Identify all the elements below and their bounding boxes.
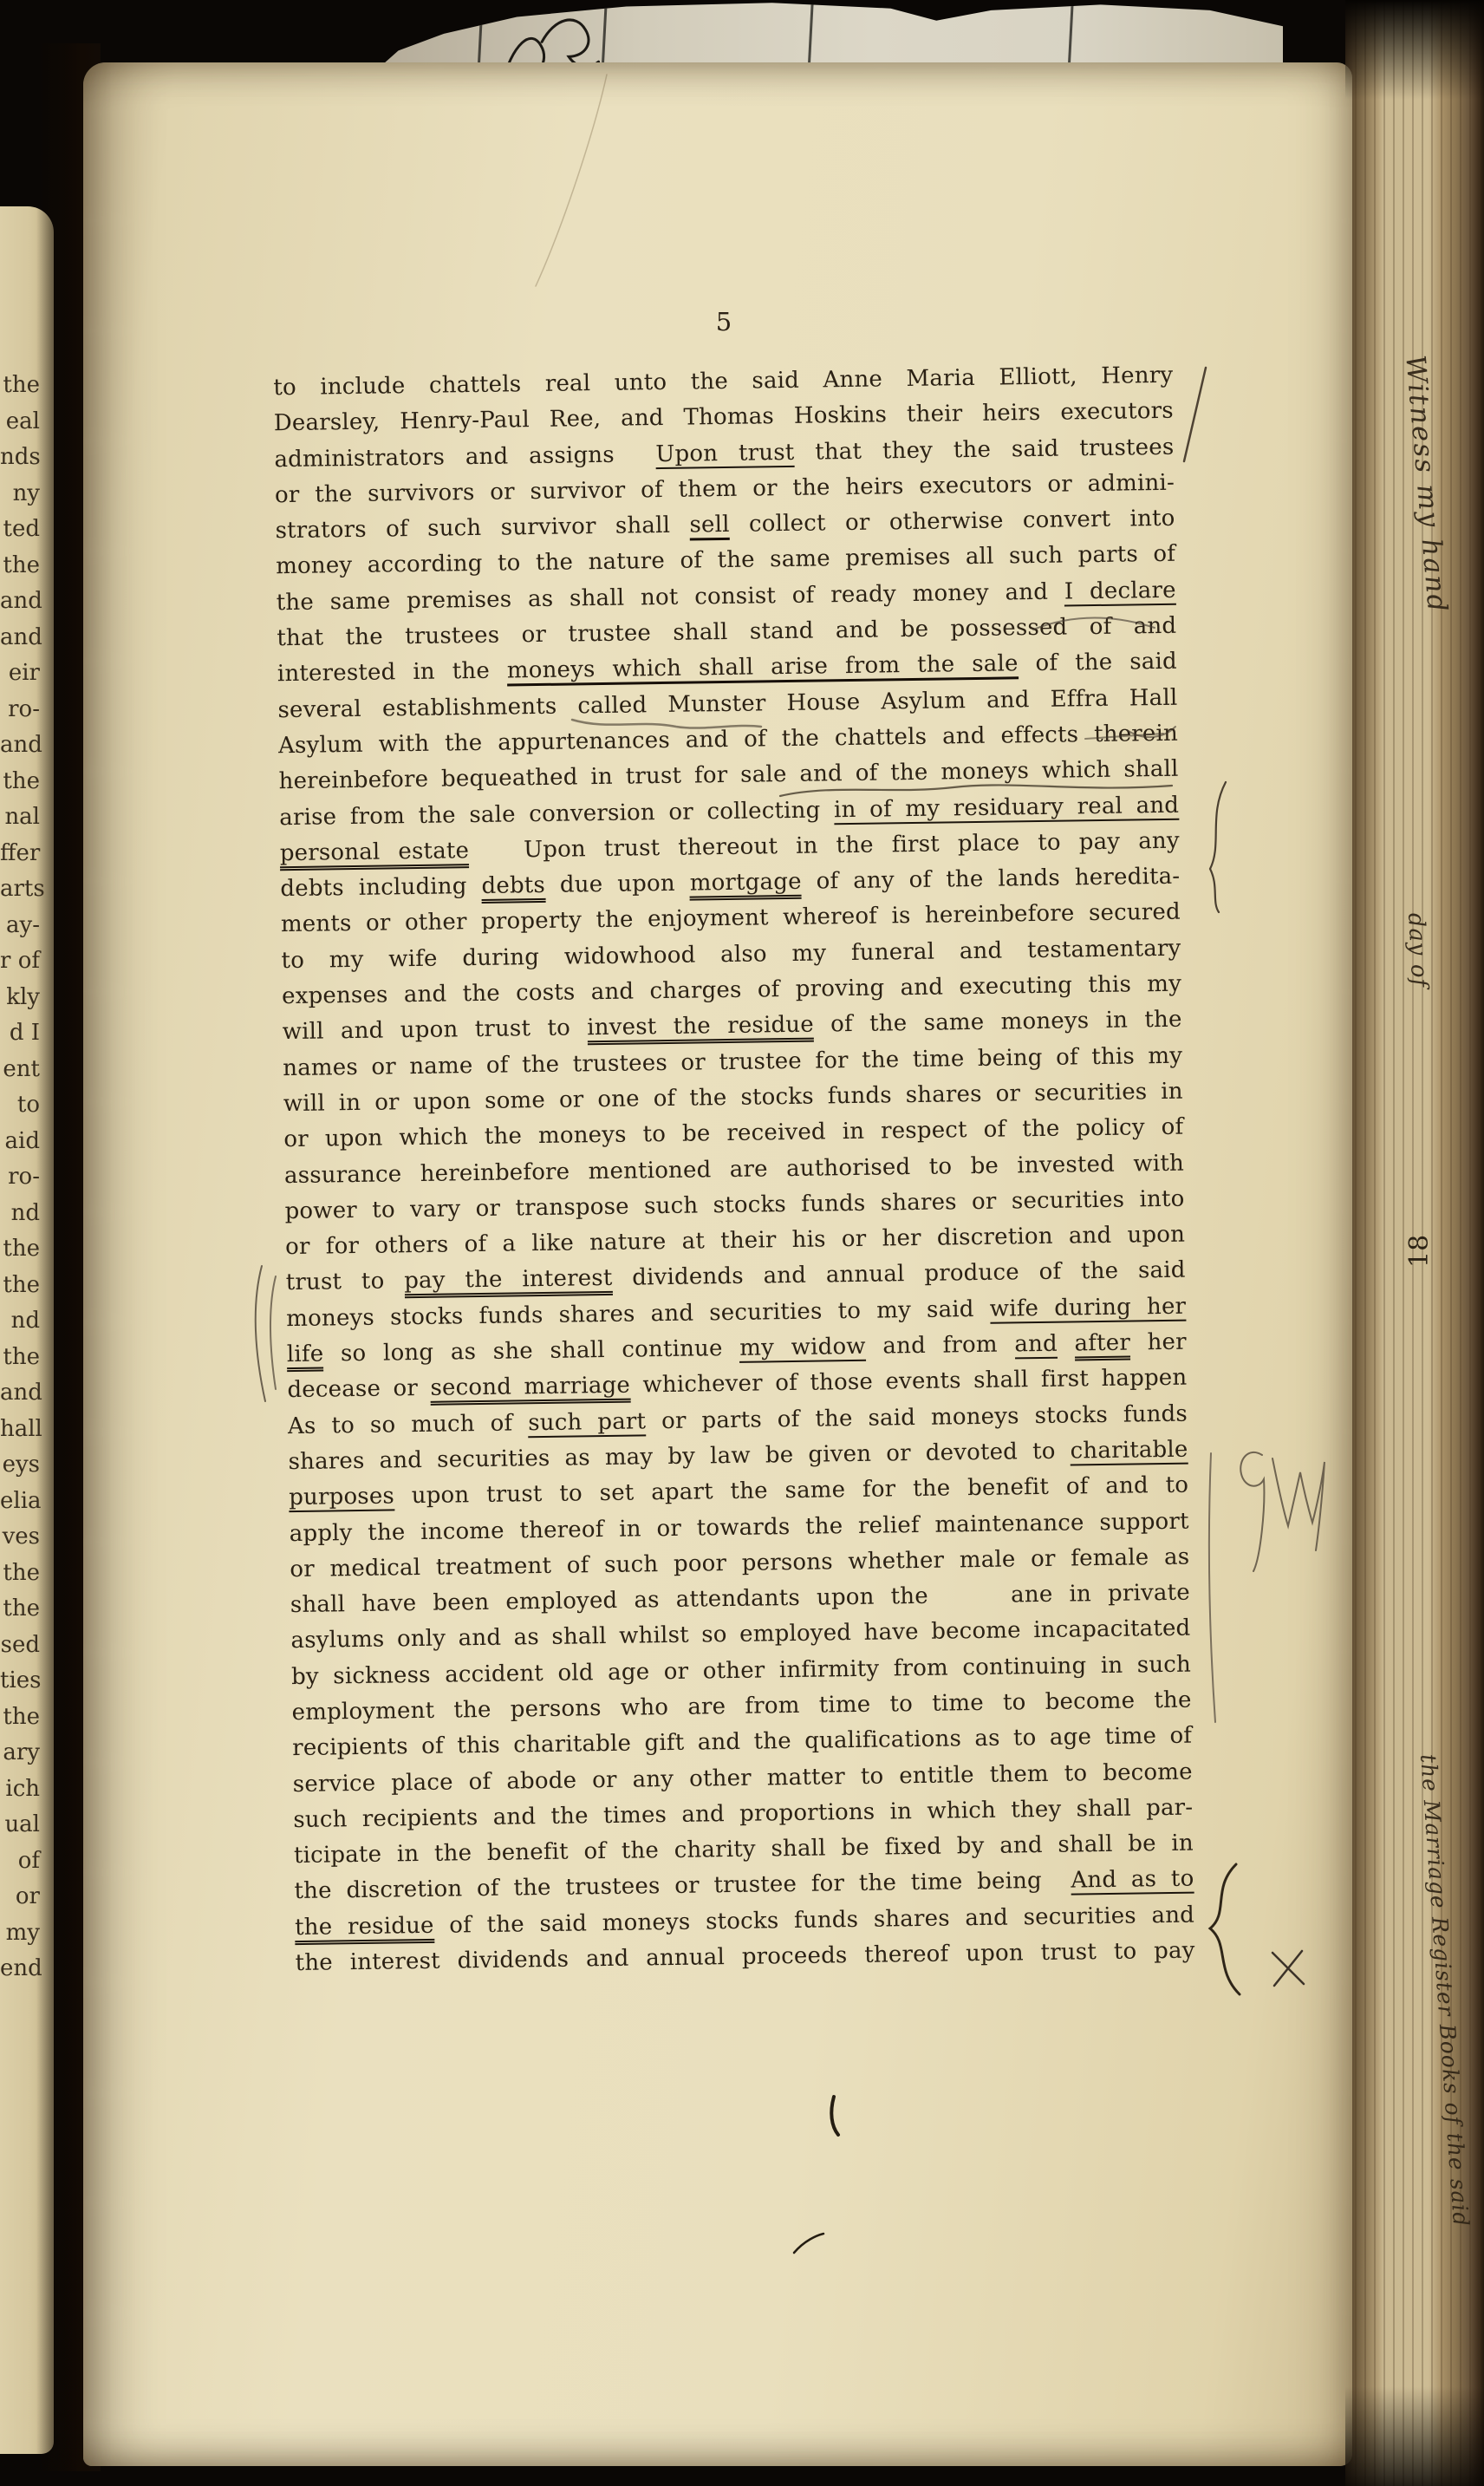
facing-page-line-fragment: ich [0, 1772, 42, 1808]
text-segment: decease or [287, 1375, 430, 1403]
text-segment [1058, 1330, 1075, 1356]
text-segment: As to so much of [288, 1410, 529, 1439]
facing-page-line-fragment: nal [0, 799, 42, 836]
text-segment: of the said moneys stocks funds shares a… [433, 1902, 1194, 1938]
facing-page-line-fragment: nds [0, 440, 42, 476]
underlined-phrase: such part [528, 1408, 646, 1438]
facing-page-line-fragment: eir [0, 656, 42, 692]
text-segment: of the same moneys in the [814, 1007, 1182, 1038]
text-segment: interested in the [277, 658, 507, 688]
underlined-phrase: my widow [739, 1334, 866, 1363]
text-segment: the interest dividends and annual procee… [295, 1938, 1194, 1976]
underlined-phrase: second marriage [430, 1373, 630, 1406]
text-segment: hereinbefore bequeathed in trust for sal… [278, 756, 1178, 794]
facing-page-line-fragment: ro- [0, 692, 42, 728]
facing-page-line-fragment: the [0, 1340, 42, 1376]
underlined-phrase: mortgage [690, 869, 802, 901]
facing-page-line-fragment: my [0, 1915, 42, 1952]
facing-page-line-fragment: ual [0, 1807, 42, 1843]
facing-page-line-fragment: ny [0, 476, 42, 512]
facing-page-line-fragment: eal [0, 404, 42, 440]
text-segment: upon trust to set apart the same for the… [394, 1472, 1189, 1510]
facing-page-line-fragment: and [0, 584, 42, 620]
facing-page-line-fragment: ted [0, 512, 42, 548]
body-text: to include chattels real unto the said A… [273, 358, 1195, 1982]
text-segment: Dearsley, Henry-Paul Ree, and Thomas Hos… [274, 398, 1174, 436]
facing-page-line-fragment: nd [0, 1196, 42, 1232]
text-segment: moneys stocks funds shares and securitie… [286, 1296, 990, 1332]
facing-page-line-fragment: ro- [0, 1159, 42, 1196]
facing-page-line-fragment: the [0, 1591, 42, 1628]
text-segment: her [1130, 1329, 1187, 1356]
text-segment: the discretion of the trustees or truste… [294, 1868, 1071, 1905]
text-segment: trust to [286, 1269, 405, 1296]
facing-page-line-fragment: the [0, 1700, 42, 1736]
page-number: 5 [680, 307, 767, 336]
facing-page-line-fragment: the [0, 764, 42, 800]
text-segment: and from [866, 1331, 1015, 1359]
facing-page-line-fragment: sed [0, 1628, 42, 1664]
facing-page-line-fragment: ent [0, 1052, 42, 1088]
text-segment: recipients of this charitable gift and t… [292, 1723, 1192, 1761]
underlined-phrase: charitable [1070, 1437, 1188, 1466]
facing-page-line-fragment: ffer [0, 836, 42, 872]
text-segment: that they the said trustees [794, 434, 1174, 465]
facing-page-line-fragment: d I [0, 1015, 42, 1052]
facing-page-line-fragment: elia [0, 1484, 42, 1520]
underlined-phrase: the residue [295, 1913, 434, 1945]
facing-page-line-fragment: the [0, 368, 42, 404]
document-page: 5 to include chattels real unto the said… [83, 62, 1352, 2466]
text-segment: shares and securities as may by law be g… [288, 1438, 1070, 1475]
underlined-phrase: after [1074, 1330, 1130, 1361]
underlined-phrase: personal estate [280, 838, 470, 871]
text-segment: will and upon trust to [282, 1015, 587, 1046]
facing-page-line-fragment: hall [0, 1412, 42, 1448]
facing-page-line-fragment: or [0, 1879, 42, 1915]
facing-page-line-fragment: r of [0, 943, 42, 980]
facing-page-text-fragments: theealndsnytedtheandandeirro-andthenalff… [0, 368, 42, 1987]
facing-page-line-fragment: eys [0, 1447, 42, 1484]
underlined-phrase: And as to [1071, 1866, 1194, 1895]
facing-page-line-fragment: ay- [0, 908, 42, 944]
facing-page-line-fragment: and [0, 620, 42, 656]
facing-page-line-fragment: ties [0, 1663, 42, 1700]
underlined-phrase: wife during her [990, 1293, 1187, 1323]
underlined-phrase: life [287, 1341, 324, 1373]
facing-page-line-fragment: the [0, 1231, 42, 1268]
text-segment: debts including [280, 873, 482, 902]
facing-page-line-fragment: and [0, 728, 42, 764]
facing-page-line-fragment: the [0, 1556, 42, 1592]
facing-page-line-fragment: ves [0, 1519, 42, 1556]
text-segment: so long as she shall continue [323, 1335, 739, 1367]
facing-page-line-fragment: and [0, 1375, 42, 1412]
underlined-phrase: debts [481, 872, 545, 904]
text-segment: arise from the sale conversion or collec… [279, 797, 834, 831]
text-segment: or parts of the said moneys stocks funds [646, 1400, 1188, 1434]
underlined-phrase: Upon trust [655, 439, 794, 468]
text-segment: the same premises as shall not consist o… [277, 578, 1064, 616]
facing-page-line-fragment: nd [0, 1303, 42, 1340]
underlined-phrase: sell [689, 512, 730, 541]
text-segment: administrators and assigns [274, 441, 655, 473]
text-segment: whichever of those events shall first ha… [630, 1365, 1188, 1399]
text-segment: due upon [545, 871, 690, 898]
facing-page-line-fragment: kly [0, 980, 42, 1016]
underlined-phrase: invest the residue [587, 1012, 814, 1046]
facing-page-line-fragment: of [0, 1843, 42, 1880]
text-segment: of any of the lands heredita- [801, 864, 1180, 895]
text-segment: strators of such survivor shall [275, 512, 689, 545]
facing-page-line-fragment: aid [0, 1124, 42, 1160]
fore-edge-text-day-of: day of [1403, 912, 1432, 989]
facing-page-line-fragment: arts [0, 871, 42, 908]
text-segment: dividends and annual produce of the said [612, 1257, 1186, 1291]
underlined-phrase: pay the interest [404, 1265, 613, 1298]
text-segment: Upon trust thereout in the first place t… [469, 828, 1180, 864]
underlined-phrase: purposes [289, 1484, 394, 1513]
facing-page-line-fragment: end [0, 1951, 42, 1987]
text-segment: collect or otherwise convert into [729, 506, 1175, 538]
underlined-phrase: and [1014, 1331, 1058, 1360]
book-photograph: theealndsnytedtheandandeirro-andthenalff… [0, 0, 1484, 2486]
facing-page-line-fragment: to [0, 1087, 42, 1124]
fore-edge-text-year: 18 [1404, 1235, 1435, 1268]
underlined-phrase: moneys which shall arise from the sale [507, 651, 1019, 687]
text-segment: or upon which the moneys to be received … [283, 1114, 1183, 1152]
underlined-phrase: in of my residuary real and [834, 792, 1180, 825]
facing-page-line-fragment: ary [0, 1735, 42, 1772]
facing-page-line-fragment: the [0, 548, 42, 584]
facing-page-line-fragment: the [0, 1268, 42, 1304]
text-segment: of the said [1018, 649, 1177, 677]
underlined-phrase: I declare [1064, 577, 1176, 607]
